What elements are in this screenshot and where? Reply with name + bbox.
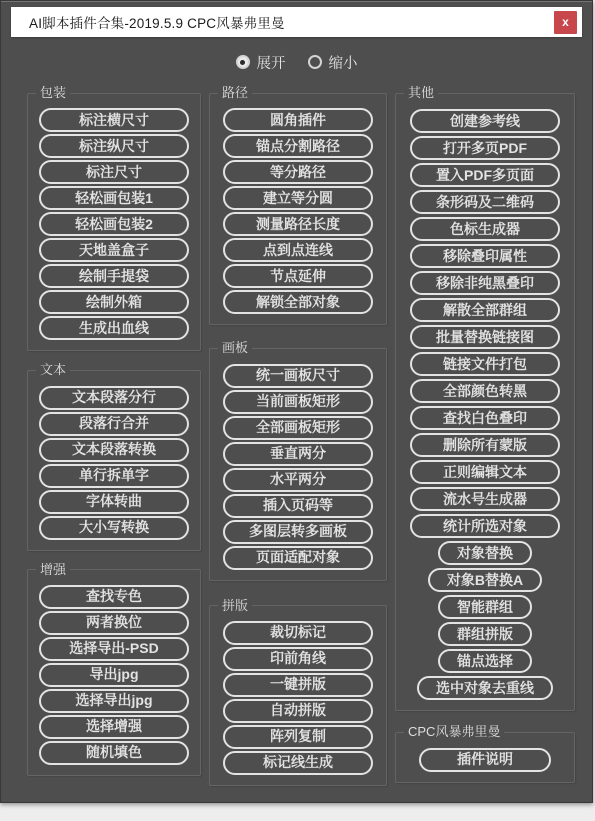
script-button[interactable]: 正则编辑文本 bbox=[410, 460, 560, 484]
titlebar[interactable]: AI脚本插件合集-2019.5.9 CPC风暴弗里曼 x bbox=[11, 7, 582, 37]
script-button[interactable]: 解散全部群组 bbox=[410, 298, 560, 322]
group-box-wenben: 文本文本段落分行段落行合并文本段落转换单行拆单字字体转曲大小写转换 bbox=[27, 363, 201, 550]
script-button[interactable]: 群组拼版 bbox=[438, 622, 532, 646]
script-button[interactable]: 锚点选择 bbox=[438, 649, 532, 673]
script-button[interactable]: 随机填色 bbox=[39, 741, 189, 765]
script-button[interactable]: 单行拆单字 bbox=[39, 464, 189, 488]
close-button[interactable]: x bbox=[554, 11, 577, 34]
script-button[interactable]: 等分路径 bbox=[223, 160, 373, 184]
group-title-baozhuang: 包装 bbox=[36, 86, 70, 100]
script-button[interactable]: 标注尺寸 bbox=[39, 160, 189, 184]
group-title-qita: 其他 bbox=[404, 86, 438, 100]
group-box-zengqiang: 增强查找专色两者换位选择导出-PSD导出jpg选择导出jpg选择增强随机填色 bbox=[27, 563, 201, 776]
script-button[interactable]: 自动拼版 bbox=[223, 699, 373, 723]
script-button[interactable]: 圆角插件 bbox=[223, 108, 373, 132]
script-button[interactable]: 当前画板矩形 bbox=[223, 390, 373, 414]
window-title: AI脚本插件合集-2019.5.9 CPC风暴弗里曼 bbox=[29, 12, 285, 32]
script-button[interactable]: 轻松画包装1 bbox=[39, 186, 189, 210]
group-title-cpc: CPC风暴弗里曼 bbox=[404, 725, 504, 739]
group-title-zengqiang: 增强 bbox=[36, 563, 70, 577]
group-box-cpc: CPC风暴弗里曼插件说明 bbox=[395, 725, 575, 782]
script-button[interactable]: 导出jpg bbox=[39, 663, 189, 687]
script-button[interactable]: 色标生成器 bbox=[410, 217, 560, 241]
script-button[interactable]: 段落行合并 bbox=[39, 412, 189, 436]
column-1: 包装标注横尺寸标注纵尺寸标注尺寸轻松画包装1轻松画包装2天地盖盒子绘制手提袋绘制… bbox=[27, 86, 201, 776]
script-button[interactable]: 文本段落转换 bbox=[39, 438, 189, 462]
script-button[interactable]: 选择增强 bbox=[39, 715, 189, 739]
script-button[interactable]: 批量替换链接图 bbox=[410, 325, 560, 349]
script-button[interactable]: 解锁全部对象 bbox=[223, 290, 373, 314]
screenshot-stage: AI脚本插件合集-2019.5.9 CPC风暴弗里曼 x 展开缩小 包装标注横尺… bbox=[0, 0, 595, 821]
script-button[interactable]: 选择导出-PSD bbox=[39, 637, 189, 661]
script-button[interactable]: 标注横尺寸 bbox=[39, 108, 189, 132]
script-button[interactable]: 删除所有蒙版 bbox=[410, 433, 560, 457]
view-mode-radio-group: 展开缩小 bbox=[1, 50, 592, 74]
radio-selected-icon[interactable] bbox=[236, 55, 250, 69]
script-button[interactable]: 标注纵尺寸 bbox=[39, 134, 189, 158]
script-button[interactable]: 插件说明 bbox=[419, 748, 551, 772]
script-button[interactable]: 页面适配对象 bbox=[223, 546, 373, 570]
plugin-panel-window: AI脚本插件合集-2019.5.9 CPC风暴弗里曼 x 展开缩小 包装标注横尺… bbox=[0, 0, 593, 803]
radio-label: 缩小 bbox=[329, 52, 358, 73]
script-button[interactable]: 链接文件打包 bbox=[410, 352, 560, 376]
script-button[interactable]: 垂直两分 bbox=[223, 442, 373, 466]
script-button[interactable]: 字体转曲 bbox=[39, 490, 189, 514]
radio-option-shrink[interactable]: 缩小 bbox=[308, 52, 358, 73]
script-button[interactable]: 水平两分 bbox=[223, 468, 373, 492]
script-button[interactable]: 文本段落分行 bbox=[39, 386, 189, 410]
script-button[interactable]: 创建参考线 bbox=[410, 109, 560, 133]
script-button[interactable]: 智能群组 bbox=[438, 595, 532, 619]
script-button[interactable]: 统计所选对象 bbox=[410, 514, 560, 538]
group-box-lujing: 路径圆角插件锚点分割路径等分路径建立等分圆测量路径长度点到点连线节点延伸解锁全部… bbox=[209, 86, 387, 325]
script-button[interactable]: 点到点连线 bbox=[223, 238, 373, 262]
script-button[interactable]: 绘制手提袋 bbox=[39, 264, 189, 288]
script-button[interactable]: 全部画板矩形 bbox=[223, 416, 373, 440]
script-button[interactable]: 条形码及二维码 bbox=[410, 190, 560, 214]
groups-layout: 包装标注横尺寸标注纵尺寸标注尺寸轻松画包装1轻松画包装2天地盖盒子绘制手提袋绘制… bbox=[27, 86, 575, 786]
group-title-lujing: 路径 bbox=[218, 86, 252, 100]
script-button[interactable]: 移除叠印属性 bbox=[410, 244, 560, 268]
script-button[interactable]: 查找专色 bbox=[39, 585, 189, 609]
group-box-baozhuang: 包装标注横尺寸标注纵尺寸标注尺寸轻松画包装1轻松画包装2天地盖盒子绘制手提袋绘制… bbox=[27, 86, 201, 351]
column-2: 路径圆角插件锚点分割路径等分路径建立等分圆测量路径长度点到点连线节点延伸解锁全部… bbox=[209, 86, 387, 786]
column-3: 其他创建参考线打开多页PDF置入PDF多页面条形码及二维码色标生成器移除叠印属性… bbox=[395, 86, 575, 783]
group-box-pinban: 拼版裁切标记印前角线一键拼版自动拼版阵列复制标记线生成 bbox=[209, 599, 387, 786]
script-button[interactable]: 标记线生成 bbox=[223, 751, 373, 775]
radio-option-expand[interactable]: 展开 bbox=[236, 52, 286, 73]
script-button[interactable]: 移除非纯黑叠印 bbox=[410, 271, 560, 295]
script-button[interactable]: 插入页码等 bbox=[223, 494, 373, 518]
script-button[interactable]: 对象替换 bbox=[438, 541, 532, 565]
script-button[interactable]: 统一画板尺寸 bbox=[223, 364, 373, 388]
group-title-huaban: 画板 bbox=[218, 341, 252, 355]
close-icon: x bbox=[562, 16, 569, 28]
group-box-huaban: 画板统一画板尺寸当前画板矩形全部画板矩形垂直两分水平两分插入页码等多图层转多画板… bbox=[209, 341, 387, 580]
group-title-wenben: 文本 bbox=[36, 363, 70, 377]
script-button[interactable]: 绘制外箱 bbox=[39, 290, 189, 314]
script-button[interactable]: 天地盖盒子 bbox=[39, 238, 189, 262]
script-button[interactable]: 多图层转多画板 bbox=[223, 520, 373, 544]
script-button[interactable]: 轻松画包装2 bbox=[39, 212, 189, 236]
script-button[interactable]: 测量路径长度 bbox=[223, 212, 373, 236]
script-button[interactable]: 打开多页PDF bbox=[410, 136, 560, 160]
script-button[interactable]: 节点延伸 bbox=[223, 264, 373, 288]
group-title-pinban: 拼版 bbox=[218, 599, 252, 613]
script-button[interactable]: 对象B替换A bbox=[428, 568, 542, 592]
radio-label: 展开 bbox=[257, 52, 286, 73]
script-button[interactable]: 一键拼版 bbox=[223, 673, 373, 697]
script-button[interactable]: 置入PDF多页面 bbox=[410, 163, 560, 187]
script-button[interactable]: 全部颜色转黑 bbox=[410, 379, 560, 403]
script-button[interactable]: 大小写转换 bbox=[39, 516, 189, 540]
group-box-qita: 其他创建参考线打开多页PDF置入PDF多页面条形码及二维码色标生成器移除叠印属性… bbox=[395, 86, 575, 711]
script-button[interactable]: 阵列复制 bbox=[223, 725, 373, 749]
script-button[interactable]: 两者换位 bbox=[39, 611, 189, 635]
script-button[interactable]: 生成出血线 bbox=[39, 316, 189, 340]
script-button[interactable]: 锚点分割路径 bbox=[223, 134, 373, 158]
script-button[interactable]: 建立等分圆 bbox=[223, 186, 373, 210]
script-button[interactable]: 选择导出jpg bbox=[39, 689, 189, 713]
script-button[interactable]: 裁切标记 bbox=[223, 621, 373, 645]
script-button[interactable]: 印前角线 bbox=[223, 647, 373, 671]
radio-unselected-icon[interactable] bbox=[308, 55, 322, 69]
script-button[interactable]: 查找白色叠印 bbox=[410, 406, 560, 430]
script-button[interactable]: 流水号生成器 bbox=[410, 487, 560, 511]
script-button[interactable]: 选中对象去重线 bbox=[417, 676, 553, 700]
